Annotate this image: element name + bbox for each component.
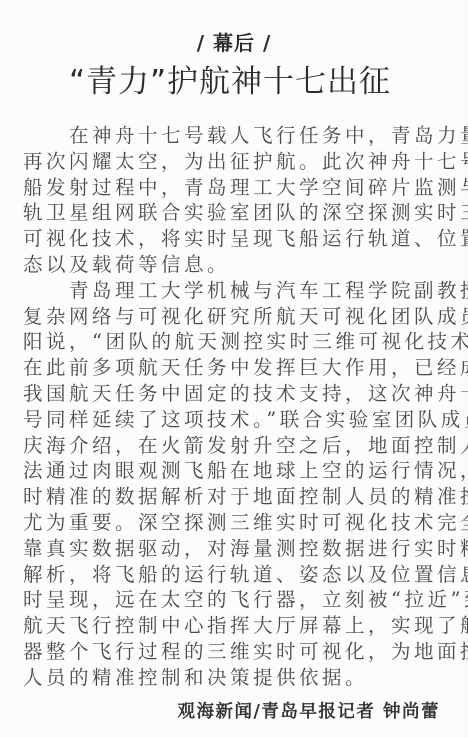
text-line: 庆海介绍，在火箭发射升空之后，地面控制人员无 <box>23 433 443 459</box>
text-line: 号同样延续了这项技术。”联合实验室团队成员张 <box>23 407 443 433</box>
text-line: 轨卫星组网联合实验室团队的深空探测实时三维 <box>23 200 443 226</box>
text-line: 法通过肉眼观测飞船在地球上空的运行情况，实 <box>23 458 443 484</box>
text-line: 在此前多项航天任务中发挥巨大作用，已经成为 <box>23 355 443 381</box>
headline: “青力”护航神十七出征 <box>0 62 460 102</box>
text-line: 解析，将飞船的运行轨道、姿态以及位置信息等实 <box>23 562 443 588</box>
text-line: 时呈现，远在太空的飞行器，立刻被“拉近”到北京 <box>23 587 443 613</box>
byline: 观海新闻/青岛早报记者 钟尚蕾 <box>140 700 440 724</box>
section-kicker: / 幕后 / <box>0 30 468 56</box>
paragraph-2: 青岛理工大学机械与汽车工程学院副教授、 复杂网络与可视化研究所航天可视化团队成员… <box>23 278 443 691</box>
text-line: 尤为重要。深空探测三维实时可视化技术完全依 <box>23 510 443 536</box>
text-line: 可视化技术，将实时呈现飞船运行轨道、位置、姿 <box>23 226 443 252</box>
text-line: 在神舟十七号载人飞行任务中，青岛力量将 <box>23 123 443 149</box>
text-line: 航天飞行控制中心指挥大厅屏幕上，实现了航天 <box>23 613 443 639</box>
text-line: 态以及载荷等信息。 <box>23 252 443 278</box>
paragraph-1: 在神舟十七号载人飞行任务中，青岛力量将 再次闪耀太空，为出征护航。此次神舟十七号… <box>23 123 443 278</box>
text-line: 复杂网络与可视化研究所航天可视化团队成员郭 <box>23 304 443 330</box>
text-line: 再次闪耀太空，为出征护航。此次神舟十七号飞 <box>23 149 443 175</box>
text-line: 船发射过程中，青岛理工大学空间碎片监测与低 <box>23 175 443 201</box>
article-body: 在神舟十七号载人飞行任务中，青岛力量将 再次闪耀太空，为出征护航。此次神舟十七号… <box>23 123 443 691</box>
text-line: 我国航天任务中固定的技术支持，这次神舟十七 <box>23 381 443 407</box>
text-line: 青岛理工大学机械与汽车工程学院副教授、 <box>23 278 443 304</box>
text-line: 靠真实数据驱动，对海量测控数据进行实时精准 <box>23 536 443 562</box>
text-line: 时精准的数据解析对于地面控制人员的精准控制 <box>23 484 443 510</box>
text-line: 人员的精准控制和决策提供依据。 <box>23 665 443 691</box>
text-line: 阳说，“团队的航天测控实时三维可视化技术已经 <box>23 329 443 355</box>
text-line: 器整个飞行过程的三维实时可视化，为地面控制 <box>23 639 443 665</box>
